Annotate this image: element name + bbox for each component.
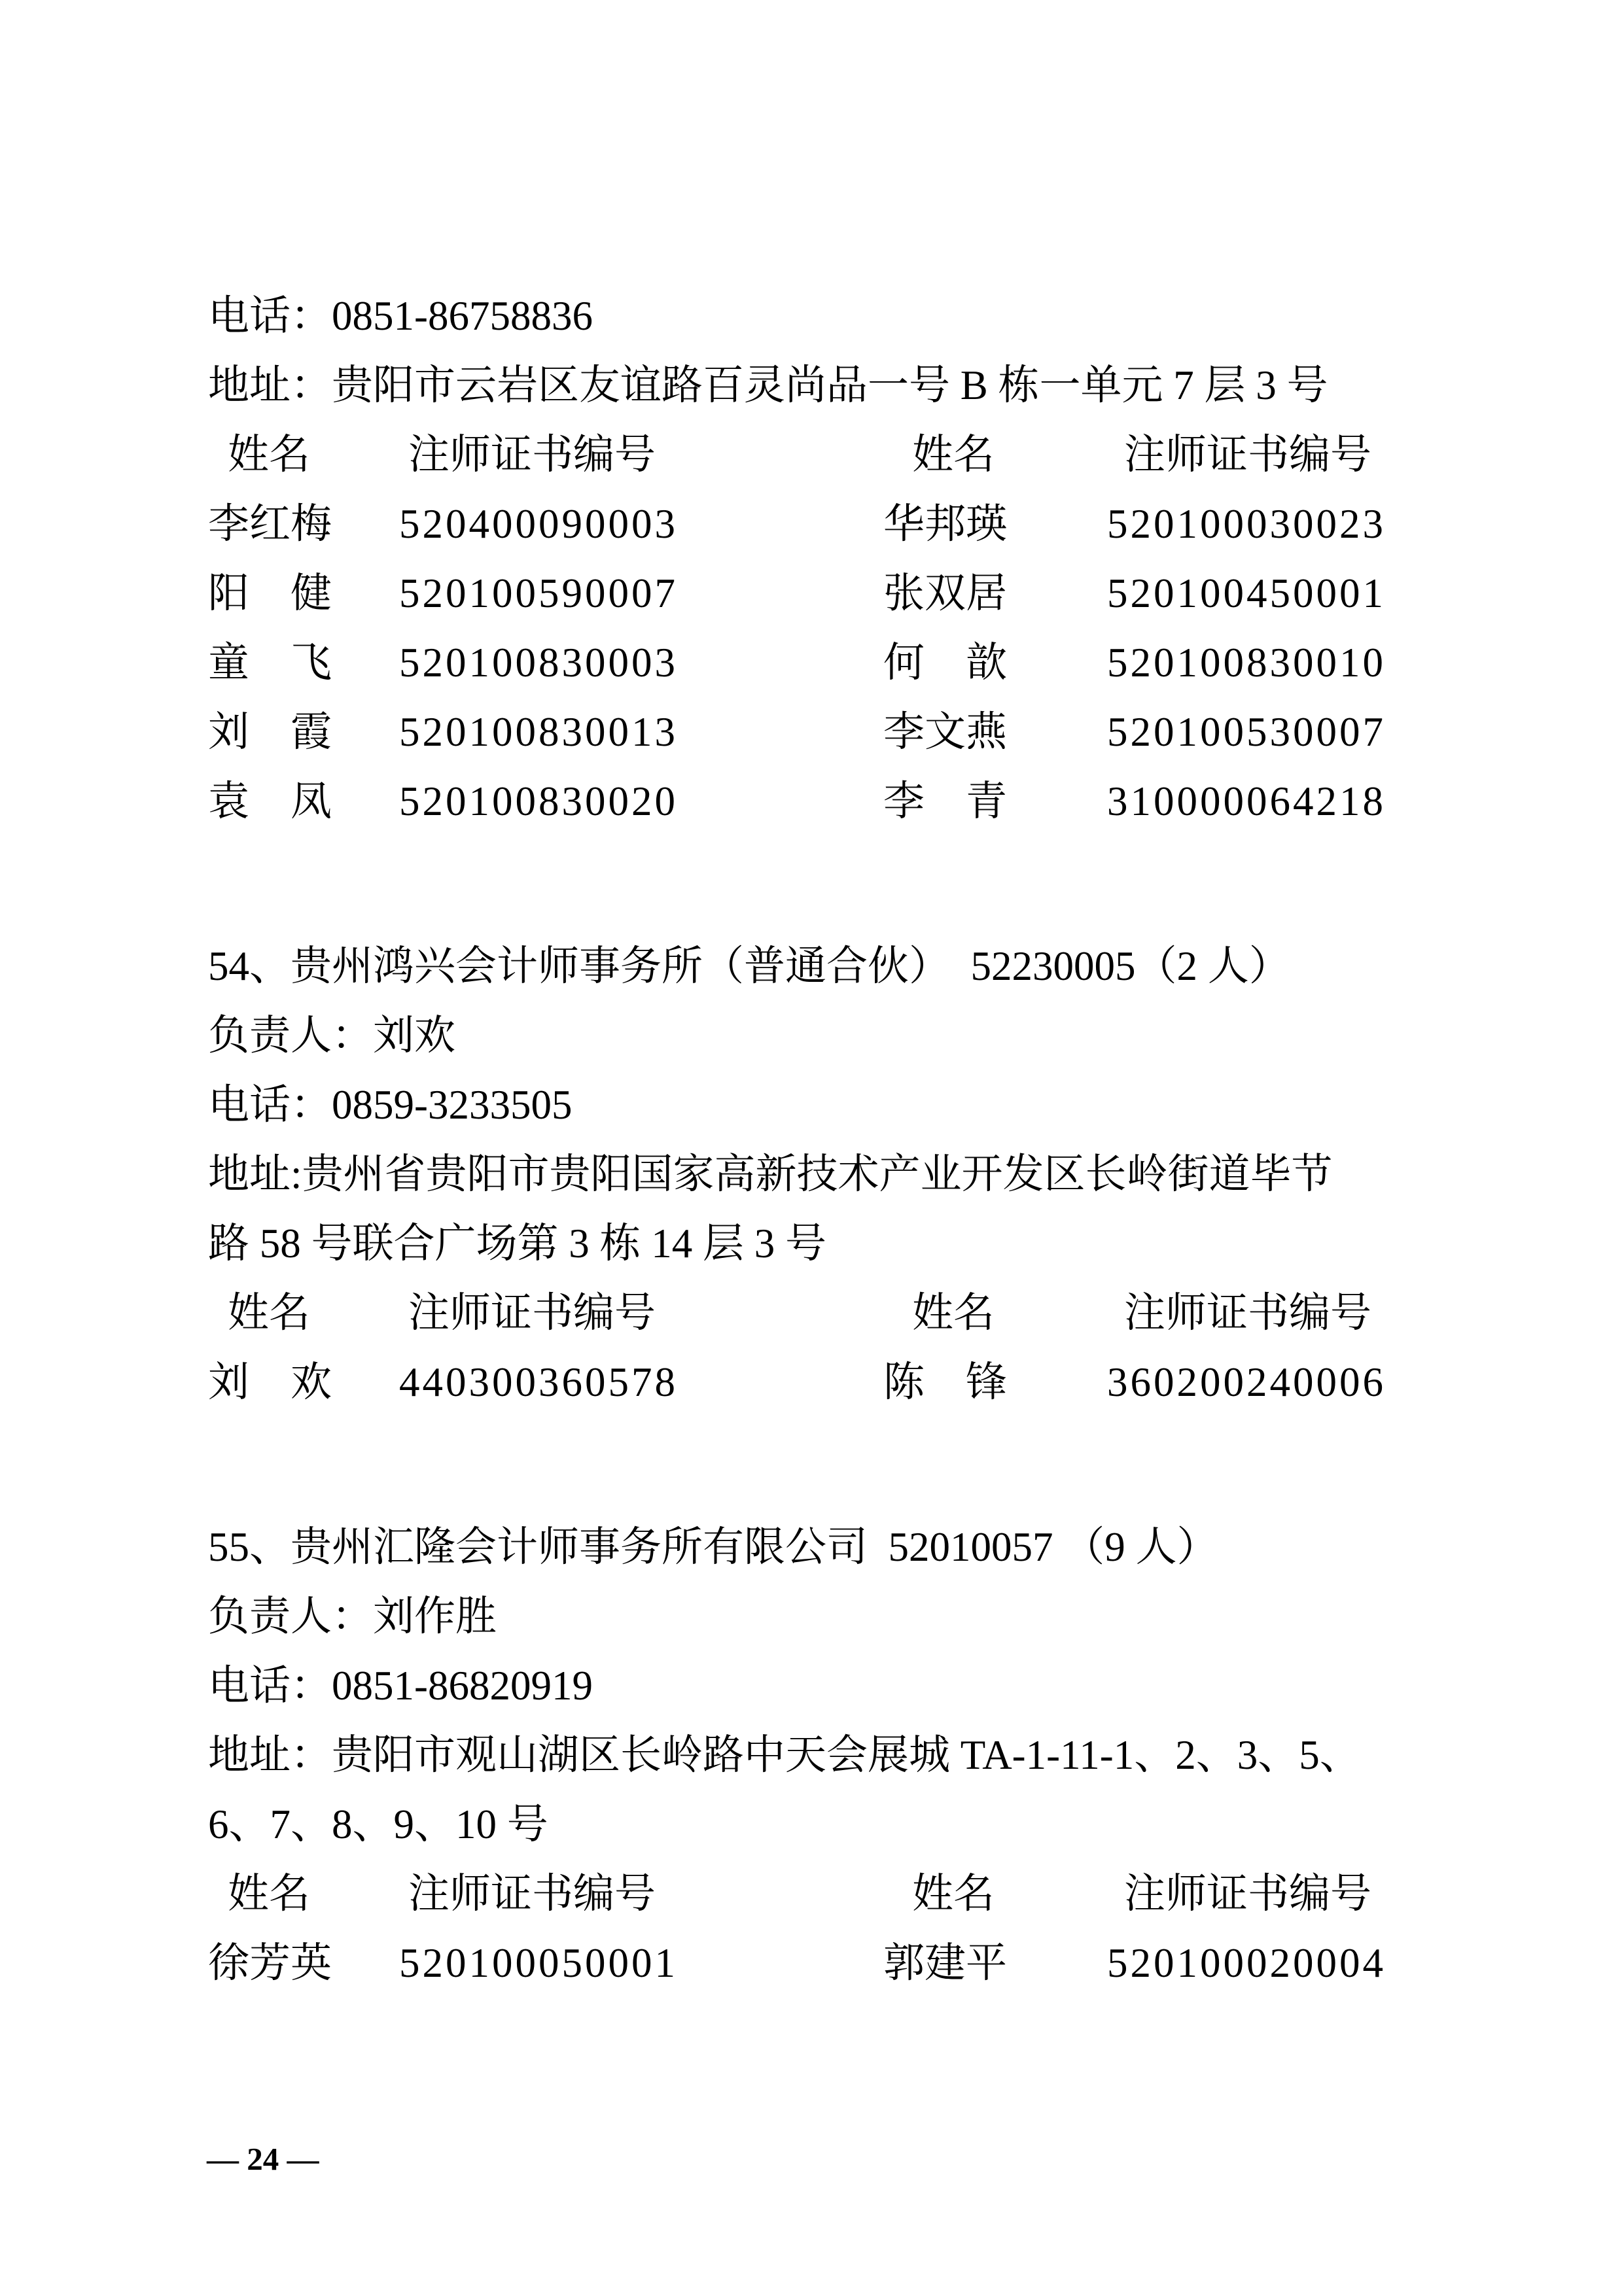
section-title: 55、贵州汇隆会计师事务所有限公司 52010057 （9 人） [208, 1512, 1438, 1582]
table-row: 童 飞 520100830003 何 歆 520100830010 [208, 628, 1438, 697]
cert-number-column-header: 注师证书编号 [1107, 420, 1438, 489]
section-firm-53-continued: 电话：0851-86758836 地址：贵阳市云岩区友谊路百灵尚品一号 B 栋一… [208, 281, 1438, 836]
name-cell: 李 青 [883, 767, 1107, 836]
cert-number-column-header: 注师证书编号 [1107, 1859, 1438, 1928]
page-content: 电话：0851-86758836 地址：贵阳市云岩区友谊路百灵尚品一号 B 栋一… [208, 281, 1438, 1998]
cert-number-column-header: 注师证书编号 [399, 420, 883, 489]
table-row: 袁 凤 520100830020 李 青 310000064218 [208, 767, 1438, 836]
name-cell: 刘 欢 [208, 1348, 399, 1417]
cert-number-cell: 360200240006 [1107, 1348, 1438, 1417]
name-cell: 刘 霞 [208, 697, 399, 767]
cert-number-cell: 520400090003 [399, 489, 883, 559]
name-cell: 张双居 [883, 559, 1107, 628]
name-cell: 李文燕 [883, 697, 1107, 767]
manager-line: 负责人：刘作胜 [208, 1582, 1438, 1651]
cert-number-cell: 520100590007 [399, 559, 883, 628]
cert-number-cell: 520100830010 [1107, 628, 1438, 697]
name-column-header: 姓名 [208, 420, 399, 489]
cert-number-cell: 520100050001 [399, 1928, 883, 1998]
table-row: 李红梅 520400090003 华邦瑛 520100030023 [208, 489, 1438, 559]
name-cell: 郭建平 [883, 1928, 1107, 1998]
cert-number-cell: 520100450001 [1107, 559, 1438, 628]
section-firm-55: 55、贵州汇隆会计师事务所有限公司 52010057 （9 人） 负责人：刘作胜… [208, 1512, 1438, 1998]
cert-number-column-header: 注师证书编号 [399, 1859, 883, 1928]
manager-line: 负责人：刘欢 [208, 1001, 1438, 1070]
address-line-1: 地址:贵州省贵阳市贵阳国家高新技术产业开发区长岭街道毕节 [208, 1139, 1438, 1209]
name-cell: 华邦瑛 [883, 489, 1107, 559]
section-title: 54、贵州鸿兴会计师事务所（普通合伙） 52230005（2 人） [208, 931, 1438, 1001]
table-row: 刘 欢 440300360578 陈 锋 360200240006 [208, 1348, 1438, 1417]
cert-number-column-header: 注师证书编号 [1107, 1278, 1438, 1348]
cert-number-column-header: 注师证书编号 [399, 1278, 883, 1348]
address-line-2: 6、7、8、9、10 号 [208, 1790, 1438, 1859]
phone-line: 电话：0859-3233505 [208, 1070, 1438, 1139]
cert-number-cell: 520100830013 [399, 697, 883, 767]
name-cell: 陈 锋 [883, 1348, 1107, 1417]
name-column-header: 姓名 [883, 420, 1107, 489]
address-line: 地址：贵阳市云岩区友谊路百灵尚品一号 B 栋一单元 7 层 3 号 [208, 351, 1438, 420]
section-firm-54: 54、贵州鸿兴会计师事务所（普通合伙） 52230005（2 人） 负责人：刘欢… [208, 931, 1438, 1417]
cert-number-cell: 310000064218 [1107, 767, 1438, 836]
address-line-1: 地址：贵阳市观山湖区长岭路中天会展城 TA-1-11-1、2、3、5、 [208, 1720, 1438, 1790]
table-header-row: 姓名 注师证书编号 姓名 注师证书编号 [208, 420, 1438, 489]
name-column-header: 姓名 [208, 1278, 399, 1348]
document-page: 电话：0851-86758836 地址：贵阳市云岩区友谊路百灵尚品一号 B 栋一… [0, 0, 1624, 2296]
name-cell: 李红梅 [208, 489, 399, 559]
cert-number-cell: 440300360578 [399, 1348, 883, 1417]
name-cell: 童 飞 [208, 628, 399, 697]
name-cell: 袁 凤 [208, 767, 399, 836]
cert-number-cell: 520100530007 [1107, 697, 1438, 767]
name-column-header: 姓名 [883, 1278, 1107, 1348]
name-cell: 何 歆 [883, 628, 1107, 697]
cert-number-cell: 520100030023 [1107, 489, 1438, 559]
phone-line: 电话：0851-86820919 [208, 1651, 1438, 1720]
cert-number-cell: 520100830020 [399, 767, 883, 836]
table-header-row: 姓名 注师证书编号 姓名 注师证书编号 [208, 1859, 1438, 1928]
table-row: 徐芳英 520100050001 郭建平 520100020004 [208, 1928, 1438, 1998]
cert-number-cell: 520100020004 [1107, 1928, 1438, 1998]
name-column-header: 姓名 [883, 1859, 1107, 1928]
name-cell: 阳 健 [208, 559, 399, 628]
name-column-header: 姓名 [208, 1859, 399, 1928]
page-number: — 24 — [207, 2140, 319, 2179]
table-row: 阳 健 520100590007 张双居 520100450001 [208, 559, 1438, 628]
address-line-2: 路 58 号联合广场第 3 栋 14 层 3 号 [208, 1209, 1438, 1278]
cert-number-cell: 520100830003 [399, 628, 883, 697]
name-cell: 徐芳英 [208, 1928, 399, 1998]
phone-line: 电话：0851-86758836 [208, 281, 1438, 351]
table-row: 刘 霞 520100830013 李文燕 520100530007 [208, 697, 1438, 767]
table-header-row: 姓名 注师证书编号 姓名 注师证书编号 [208, 1278, 1438, 1348]
